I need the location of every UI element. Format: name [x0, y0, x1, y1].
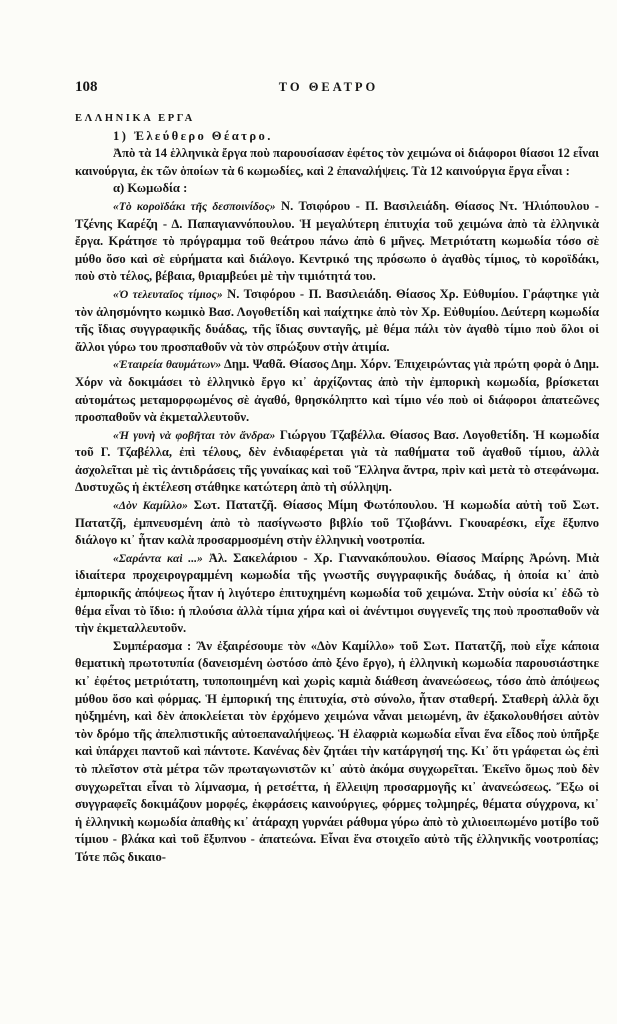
book-page: 108 ΤΟ ΘΕΑΤΡΟ ΕΛΛΗΝΙΚΑ ΕΡΓΑ 1) Ἐλεύθερο … — [0, 0, 617, 1024]
work-title: «Ἑταιρεία θαυμάτων» — [113, 358, 221, 371]
work-title: «Τὸ κοροϊδάκι τῆς δεσποινίδος» — [113, 200, 276, 213]
work-title: «Δὸν Καμίλλο» — [113, 499, 188, 512]
page-body: ΕΛΛΗΝΙΚΑ ΕΡΓΑ 1) Ἐλεύθερο Θέατρο. Ἀπὸ τὰ… — [75, 110, 599, 867]
section-title: ΕΛΛΗΝΙΚΑ ΕΡΓΑ — [75, 110, 599, 128]
entry-paragraph: «Τὸ κοροϊδάκι τῆς δεσποινίδος» Ν. Τσιφόρ… — [75, 198, 599, 286]
category-heading: α) Κωμωδία : — [75, 180, 599, 198]
entry-paragraph: «Δὸν Καμίλλο» Σωτ. Πατατζῆ. Θίασος Μίμη … — [75, 497, 599, 550]
conclusion-paragraph: Συμπέρασμα : Ἂν ἐξαιρέσουμε τὸν «Δὸν Καμ… — [75, 638, 599, 867]
intro-paragraph: Ἀπὸ τὰ 14 ἑλληνικὰ ἔργα ποὺ παρουσίασαν … — [75, 145, 599, 180]
entry-paragraph: «Σαράντα καὶ ...» Ἀλ. Σακελάριου - Χρ. Γ… — [75, 550, 599, 638]
entry-paragraph: «Ἡ γυνὴ νὰ φοβῆται τὸν ἄνδρα» Γιώργου Τζ… — [75, 427, 599, 497]
entry-paragraph: «Ἑταιρεία θαυμάτων» Δημ. Ψαθᾶ. Θίασος Δη… — [75, 356, 599, 426]
subsection-heading: 1) Ἐλεύθερο Θέατρο. — [75, 128, 599, 146]
running-title: ΤΟ ΘΕΑΤΡΟ — [0, 80, 617, 95]
work-title: «Σαράντα καὶ ...» — [113, 552, 203, 565]
entry-paragraph: «Ὁ τελευταῖος τίμιος» Ν. Τσιφόρου - Π. Β… — [75, 286, 599, 356]
work-title: «Ὁ τελευταῖος τίμιος» — [113, 288, 223, 301]
work-title: «Ἡ γυνὴ νὰ φοβῆται τὸν ἄνδρα» — [113, 429, 275, 442]
